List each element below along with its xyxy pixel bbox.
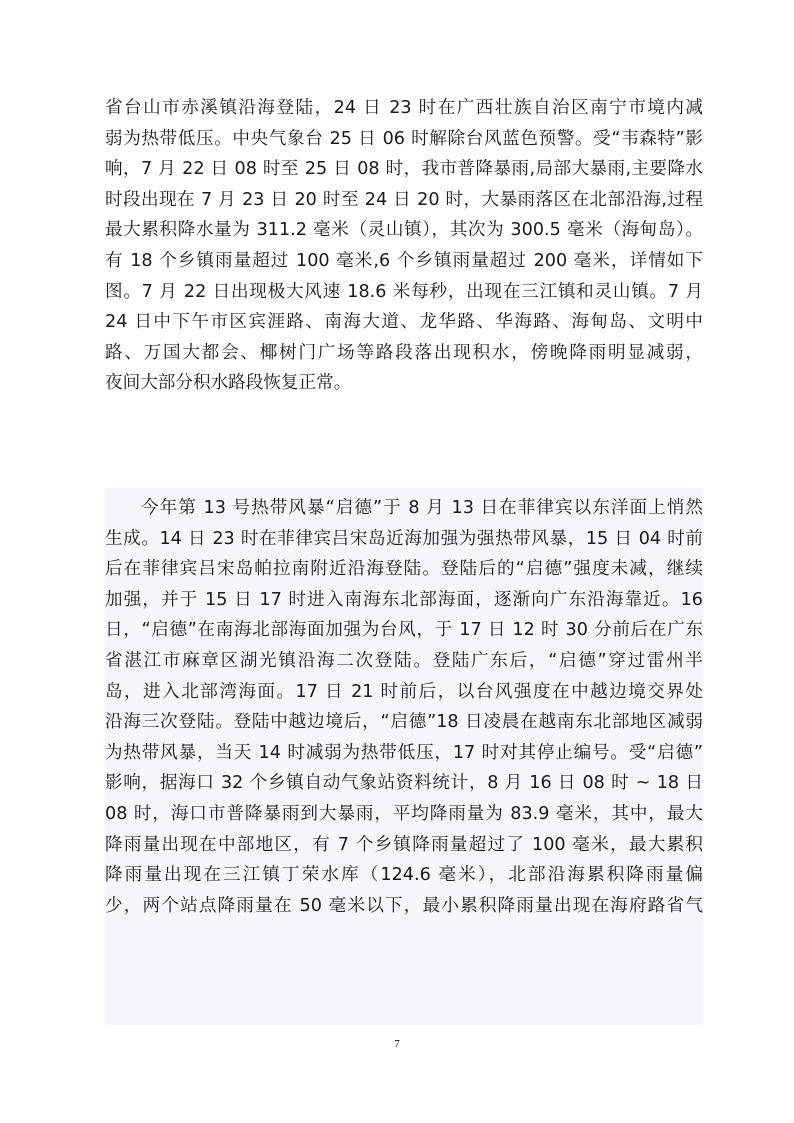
text-line: 省湛江市麻章区湖光镇沿海二次登陆。登陆广东后，“启德”穿过雷州半 [105, 646, 703, 677]
text-line: 弱为热带低压。中央气象台 25 日 06 时解除台风蓝色预警。受“韦森特”影 [105, 124, 703, 155]
text-line: 为热带风暴，当天 14 时减弱为热带低压，17 时对其停止编号。受“启德” [105, 738, 703, 769]
paragraph-typhoon-vicente: 省台山市赤溪镇沿海登陆，24 日 23 时在广西壮族自治区南宁市境内减 弱为热带… [105, 93, 703, 399]
text-line: 沿海三次登陆。登陆中越边境后，“启德”18 日凌晨在越南东北部地区减弱 [105, 707, 703, 738]
text-line: 最大累积降水量为 311.2 毫米（灵山镇），其次为 300.5 毫米（海甸岛）… [105, 215, 703, 246]
text-line: 今年第 13 号热带风暴“启德”于 8 月 13 日在菲律宾以东洋面上悄然 [105, 493, 703, 524]
text-line: 响，7 月 22 日 08 时至 25 日 08 时，我市普降暴雨,局部大暴雨,… [105, 154, 703, 185]
text-line: 加强，并于 15 日 17 时进入南海东北部海面，逐渐向广东沿海靠近。16 [105, 585, 703, 616]
text-line: 生成。14 日 23 时在菲律宾吕宋岛近海加强为强热带风暴，15 日 04 时前 [105, 524, 703, 555]
text-line: 有 18 个乡镇雨量超过 100 毫米,6 个乡镇雨量超过 200 毫米，详情如… [105, 246, 703, 277]
text-line: 夜间大部分积水路段恢复正常。 [105, 368, 703, 399]
text-line: 后在菲律宾吕宋岛帕拉南附近沿海登陆。登陆后的“启德”强度未减，继续 [105, 554, 703, 585]
paragraph-typhoon-kai-tak-highlighted: 今年第 13 号热带风暴“启德”于 8 月 13 日在菲律宾以东洋面上悄然 生成… [105, 488, 703, 1025]
text-line: 08 时，海口市普降暴雨到大暴雨，平均降雨量为 83.9 毫米，其中，最大 [105, 799, 703, 830]
text-line: 影响，据海口 32 个乡镇自动气象站资料统计，8 月 16 日 08 时 ~ 1… [105, 768, 703, 799]
text-line: 图。7 月 22 日出现极大风速 18.6 米每秒，出现在三江镇和灵山镇。7 月 [105, 277, 703, 308]
text-line: 降雨量出现在中部地区，有 7 个乡镇降雨量超过了 100 毫米，最大累积 [105, 830, 703, 861]
text-line: 24 日中下午市区宾涯路、南海大道、龙华路、华海路、海甸岛、文明中 [105, 307, 703, 338]
text-line: 降雨量出现在三江镇丁荣水库（124.6 毫米），北部沿海累积降雨量偏 [105, 860, 703, 891]
text-line: 少，两个站点降雨量在 50 毫米以下，最小累积降雨量出现在海府路省气 [105, 891, 703, 922]
text-line: 日，“启德”在南海北部海面加强为台风，于 17 日 12 时 30 分前后在广东 [105, 615, 703, 646]
text-line: 省台山市赤溪镇沿海登陆，24 日 23 时在广西壮族自治区南宁市境内减 [105, 93, 703, 124]
text-line: 路、万国大都会、椰树门广场等路段落出现积水，傍晚降雨明显减弱， [105, 338, 703, 369]
text-line: 岛，进入北部湾海面。17 日 21 时前后，以台风强度在中越边境交界处 [105, 677, 703, 708]
document-page: 省台山市赤溪镇沿海登陆，24 日 23 时在广西壮族自治区南宁市境内减 弱为热带… [0, 0, 794, 1123]
page-number: 7 [0, 1038, 794, 1050]
text-line: 时段出现在 7 月 23 日 20 时至 24 日 20 时，大暴雨落区在北部沿… [105, 185, 703, 216]
